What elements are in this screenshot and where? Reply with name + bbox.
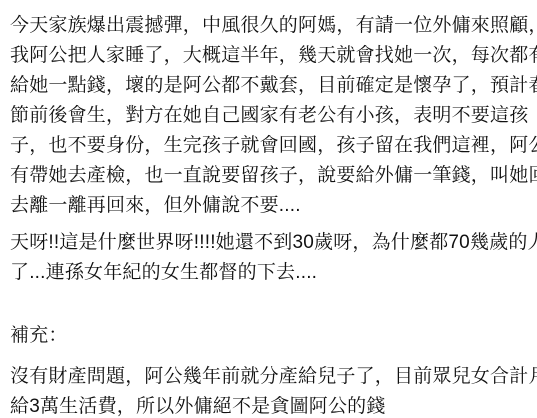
paragraph-exclamation: 天呀!!這是什麼世界呀!!!!她還不到30歲呀，為什麼都70幾歲的人 了...連…	[10, 228, 528, 288]
post-content: 今天家族爆出震撼彈，中風很久的阿媽，有請一位外傭來照顧， 我阿公把人家睡了，大概…	[0, 0, 537, 418]
text-line: 有帶她去產檢，也一直說要留孩子，說要給外傭一筆錢，叫她回	[10, 161, 528, 191]
text-line: 沒有財產問題，阿公幾年前就分產給兒子了，目前眾兒女合計月	[10, 362, 528, 392]
text-line: 節前後會生，對方在她自己國家有老公有小孩，表明不要這孩	[10, 101, 528, 131]
text-line: 我阿公把人家睡了，大概這半年，幾天就會找她一次，每次都有	[10, 41, 528, 71]
text-line: 子，也不要身份，生完孩子就會回國，孩子留在我們這裡，阿公	[10, 131, 528, 161]
text-line: 補充：	[10, 321, 528, 351]
paragraph-supplement: 沒有財產問題，阿公幾年前就分產給兒子了，目前眾兒女合計月 給3萬生活費，所以外傭…	[10, 362, 528, 418]
text-line: 今天家族爆出震撼彈，中風很久的阿媽，有請一位外傭來照顧，	[10, 11, 528, 41]
text-line: 給3萬生活費，所以外傭絕不是貪圖阿公的錢	[10, 392, 528, 418]
supplement-label: 補充：	[10, 321, 528, 351]
text-line: 天呀!!這是什麼世界呀!!!!她還不到30歲呀，為什麼都70幾歲的人	[10, 228, 528, 258]
paragraph-story: 今天家族爆出震撼彈，中風很久的阿媽，有請一位外傭來照顧， 我阿公把人家睡了，大概…	[10, 11, 528, 221]
text-line: 了...連孫女年紀的女生都督的下去....	[10, 258, 528, 288]
text-line: 給她一點錢，壞的是阿公都不戴套，目前確定是懷孕了，預計春	[10, 71, 528, 101]
text-line: 去離一離再回來，但外傭說不要....	[10, 191, 528, 221]
